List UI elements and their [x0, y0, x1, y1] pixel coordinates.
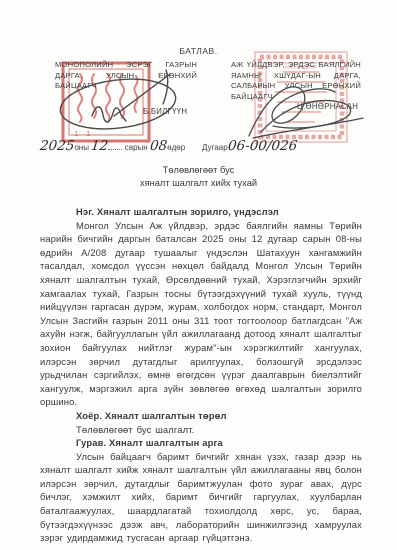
handwritten-number: 06-00/026	[227, 138, 298, 154]
left-signature-icon	[48, 64, 208, 136]
document-title-line2: хяналт шалгалт хийх тухай	[0, 177, 397, 190]
right-signature-icon	[243, 78, 368, 140]
day-label: өдөр	[167, 143, 185, 152]
section-heading: Нэг. Хяналт шалгалтын зорилго, үндэслэл	[40, 205, 362, 219]
right-official-title-line: АЖ ҮЙЛДВЭР, ЭРДЭС БАЯЛГИЙН	[231, 60, 361, 71]
number-label: Дугаар	[202, 143, 228, 152]
handwritten-year: 2025	[39, 138, 75, 154]
section-body: Монгол Улсын Аж үйлдвэр, эрдэс баялгийн …	[40, 219, 362, 409]
year-label: оны	[74, 143, 89, 152]
section-body: Төлөвлөгөөт бус шалгалт.	[40, 423, 362, 437]
month-label: сарын	[125, 143, 148, 152]
section-heading: Хоёр. Хяналт шалгалтын төрөл	[40, 409, 362, 423]
date-number-row: 2025оны 12 сарын 08өдөр Дугаар06-00/026	[40, 138, 370, 158]
section-body: Улсын байцаагч баримт бичгийг хянан үзэх…	[40, 450, 362, 545]
document-title-line1: Төлөвлөгөөт бус	[0, 164, 397, 177]
document-title: Төлөвлөгөөт бус хяналт шалгалт хийх туха…	[0, 164, 397, 190]
handwritten-month: 12	[90, 138, 109, 154]
scanned-document-page: БАТЛАВ. 11 АЖ	[0, 0, 397, 550]
document-body: Нэг. Хяналт шалгалтын зорилго, үндэслэл …	[40, 205, 362, 545]
handwritten-day: 08	[149, 138, 168, 154]
dotted-line	[108, 140, 122, 150]
section-heading: Гурав. Хяналт шалгалтын арга	[40, 436, 362, 450]
